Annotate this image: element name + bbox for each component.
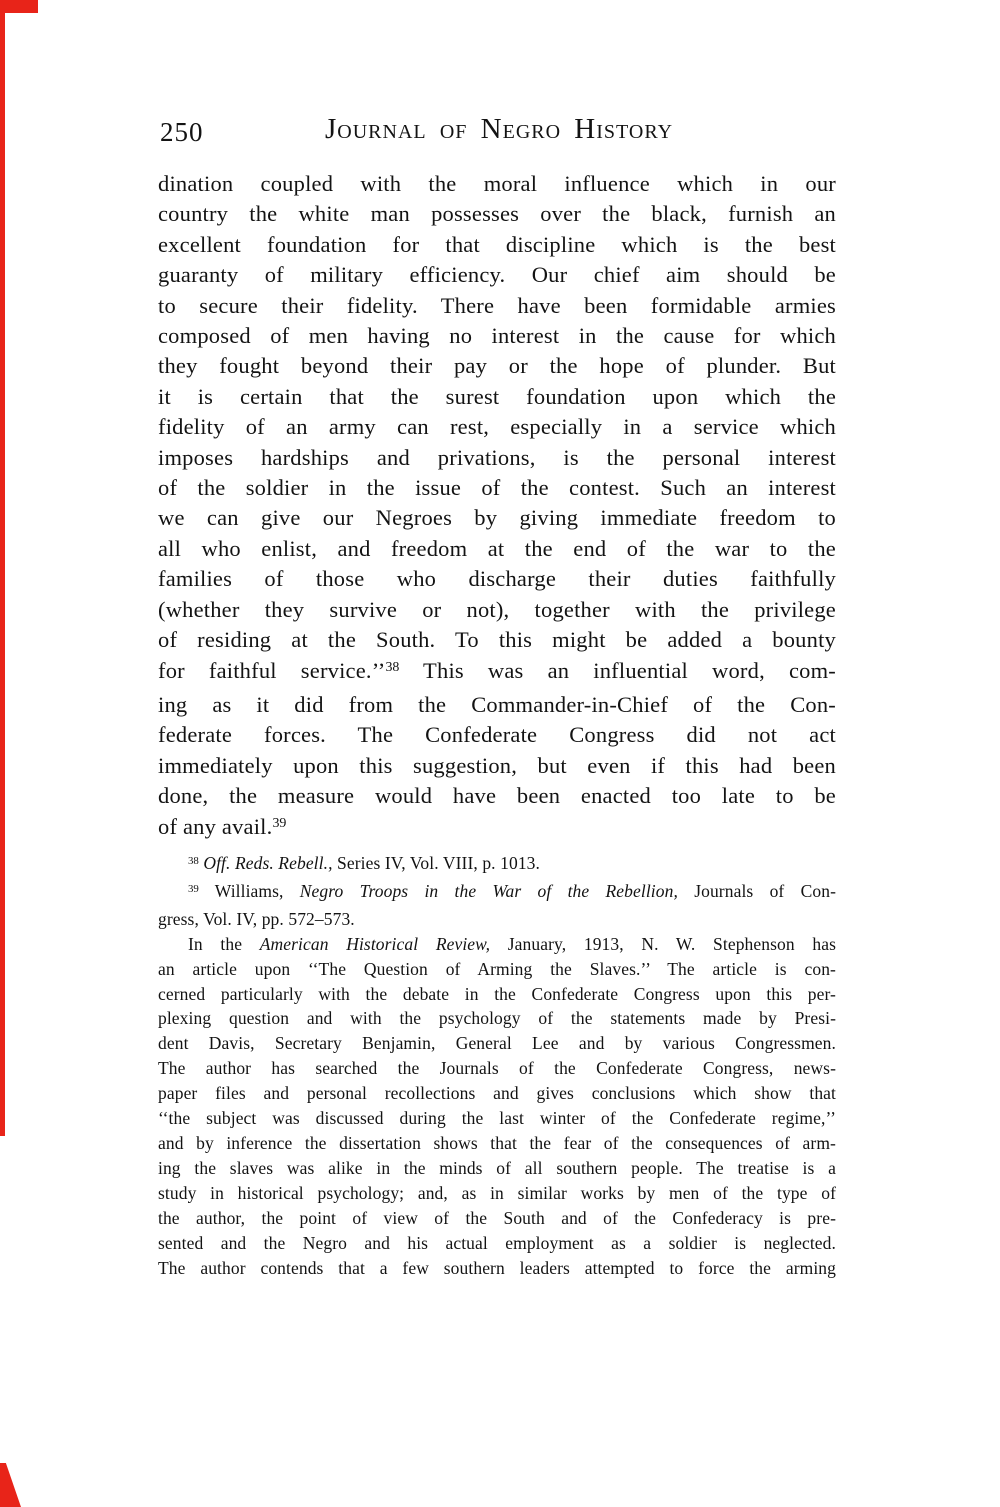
scanned-book-page: 250 Journal of Negro History dination co…	[0, 0, 1000, 1507]
footnote-line: an article upon ‘‘The Question of Arming…	[158, 957, 836, 982]
scan-edge-mark-top-left	[0, 0, 38, 13]
scan-edge-mark-left	[0, 0, 5, 1136]
footnotes: 38 Off. Reds. Rebell., Series IV, Vol. V…	[158, 851, 836, 1280]
body-text-line: country the white man possesses over the…	[158, 199, 836, 229]
footnote-line: study in historical psychology; and, as …	[158, 1181, 836, 1206]
footnote-line: ing the slaves was alike in the minds of…	[158, 1156, 836, 1181]
footnote-line: ‘‘the subject was discussed during the l…	[158, 1106, 836, 1131]
body-text-line: imposes hardships and privations, is the…	[158, 443, 836, 473]
italic-citation: Off. Reds. Rebell.,	[203, 853, 332, 873]
footnote-line: cerned particularly with the debate in t…	[158, 982, 836, 1007]
body-text-line: for faithful service.’’38 This was an in…	[158, 656, 836, 690]
body-text-line: to secure their fidelity. There have bee…	[158, 291, 836, 321]
body-text-line: fidelity of an army can rest, especially…	[158, 412, 836, 442]
italic-citation: Negro Troops in the War of the Rebellion…	[300, 881, 678, 901]
body-text: dination coupled with the moral influenc…	[158, 169, 836, 846]
body-text-line: federate forces. The Confederate Congres…	[158, 720, 836, 750]
journal-header-title: Journal of Negro History	[158, 113, 840, 146]
body-text-line: we can give our Negroes by giving immedi…	[158, 503, 836, 533]
footnote-line: gress, Vol. IV, pp. 572–573.	[158, 907, 836, 932]
body-text-line: they fought beyond their pay or the hope…	[158, 351, 836, 381]
footnote-line: The author contends that a few southern …	[158, 1256, 836, 1281]
footnote-reference-number: 38	[385, 660, 399, 675]
footnote-line: 38 Off. Reds. Rebell., Series IV, Vol. V…	[158, 851, 836, 879]
body-text-line: of the soldier in the issue of the conte…	[158, 473, 836, 503]
body-text-line: dination coupled with the moral influenc…	[158, 169, 836, 199]
body-text-line: it is certain that the surest foundation…	[158, 382, 836, 412]
body-text-line: (whether they survive or not), together …	[158, 595, 836, 625]
body-text-line: immediately upon this suggestion, but ev…	[158, 751, 836, 781]
footnote-line: and by inference the dissertation shows …	[158, 1131, 836, 1156]
footnote-line: dent Davis, Secretary Benjamin, General …	[158, 1031, 836, 1056]
footnote-line: 39 Williams, Negro Troops in the War of …	[158, 879, 836, 907]
body-text-line: done, the measure would have been enacte…	[158, 781, 836, 811]
footnote-line: sented and the Negro and his actual empl…	[158, 1231, 836, 1256]
footnote-line: paper files and personal recollections a…	[158, 1081, 836, 1106]
scan-edge-mark-bottom-left	[0, 1463, 21, 1507]
page-header: 250 Journal of Negro History	[158, 113, 840, 147]
body-text-line: composed of men having no interest in th…	[158, 321, 836, 351]
body-text-line: excellent foundation for that discipline…	[158, 230, 836, 260]
body-text-line: of any avail.39	[158, 812, 836, 846]
footnote-reference-number: 38	[188, 855, 199, 867]
footnote-line: In the American Historical Review, Janua…	[158, 932, 836, 957]
italic-citation: American Historical Review,	[260, 934, 490, 954]
body-text-line: guaranty of military efficiency. Our chi…	[158, 260, 836, 290]
body-text-line: all who enlist, and freedom at the end o…	[158, 534, 836, 564]
footnote-line: the author, the point of view of the Sou…	[158, 1206, 836, 1231]
footnote-reference-number: 39	[272, 816, 286, 831]
footnote-reference-number: 39	[188, 883, 199, 895]
footnote-line: The author has searched the Journals of …	[158, 1056, 836, 1081]
body-text-line: families of those who discharge their du…	[158, 564, 836, 594]
body-text-line: ing as it did from the Commander-in-Chie…	[158, 690, 836, 720]
body-text-line: of residing at the South. To this might …	[158, 625, 836, 655]
footnote-line: plexing question and with the psychology…	[158, 1006, 836, 1031]
